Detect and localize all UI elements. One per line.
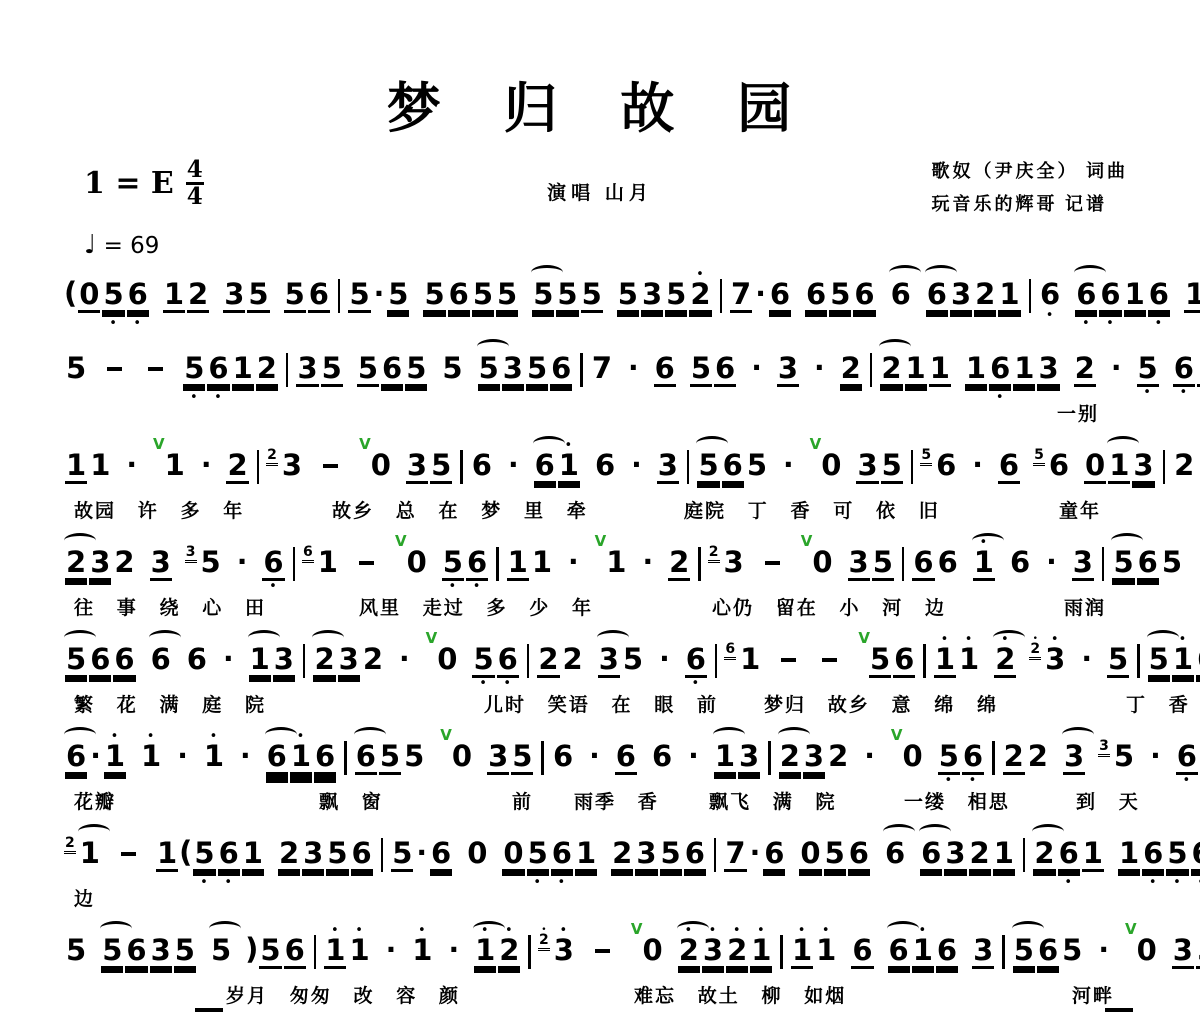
- note: 7: [729, 266, 753, 324]
- grace-note: 6: [724, 636, 736, 660]
- note: 6: [768, 266, 792, 329]
- lyric-segment: 丁 香: [1126, 690, 1190, 717]
- note: 5: [880, 437, 904, 495]
- barline: [1102, 547, 1105, 581]
- note: 1: [231, 340, 255, 403]
- slur-arc: [696, 436, 728, 451]
- slur-arc: [100, 921, 132, 936]
- note: 6: [549, 340, 573, 403]
- lyric-segment: 飘 窗: [319, 787, 383, 814]
- transcriber-credit: 玩音乐的辉哥 记谱: [932, 188, 1129, 221]
- augmentation-dot: ·: [659, 631, 670, 674]
- note: 5: [347, 266, 371, 324]
- note: 6: [936, 534, 960, 589]
- note: 2: [826, 728, 850, 783]
- tempo-marking: ♩ = 69: [84, 230, 159, 260]
- note: 6: [892, 631, 916, 689]
- note: 5: [283, 266, 307, 324]
- note: 1: [241, 825, 265, 888]
- note: 3: [301, 825, 325, 888]
- barline: [911, 450, 914, 484]
- note: 5: [1160, 534, 1184, 589]
- grace-note: 3: [185, 539, 197, 563]
- note: 6: [762, 825, 786, 888]
- dash-note: [359, 561, 374, 565]
- lyric-segment: 故园 许 多 年: [74, 496, 244, 523]
- barline: [314, 935, 317, 969]
- note: 0: [369, 437, 393, 492]
- slur-arc: [64, 533, 96, 548]
- barline: [541, 741, 544, 775]
- lyrics-row: 往 事 绕 心 田风里 走过 多 少 年心仍 留在 小 河 边雨润: [64, 593, 1186, 617]
- note: 6: [1047, 437, 1071, 492]
- note: 1: [162, 266, 186, 324]
- note: 0: [450, 728, 474, 783]
- slur-arc: [713, 727, 745, 742]
- barline: [715, 644, 718, 678]
- note: •1: [933, 631, 957, 689]
- dash-note: [148, 367, 163, 371]
- note: 6•: [961, 728, 985, 786]
- note: 2: [667, 534, 691, 592]
- note: 6: [997, 437, 1021, 495]
- note: 6: [112, 631, 136, 694]
- lyrics-row: 故园 许 多 年故乡 总 在 梦 里 牵庭院 丁 香 可 依 旧童年: [64, 496, 1186, 520]
- note: 0: [641, 922, 665, 977]
- slur-arc: [477, 339, 509, 354]
- tempo-value: = 69: [96, 233, 159, 259]
- note: 5: [828, 266, 852, 329]
- note: 5: [823, 825, 847, 888]
- note: 6•: [684, 631, 708, 689]
- notation-row: (05•6•1235565·55655555535•27·6656663216•…: [64, 266, 1186, 324]
- dash-note: [323, 464, 338, 468]
- lyric-segment: 庭院 丁 香 可 依 旧: [684, 496, 940, 523]
- barline: [902, 547, 905, 581]
- slur-arc: [1107, 436, 1139, 451]
- barline: [381, 838, 384, 872]
- grace-note: 6: [302, 539, 314, 563]
- augmentation-dot: ·: [386, 922, 397, 965]
- note: 3: [1171, 922, 1195, 980]
- note: 1: [992, 825, 1016, 888]
- lyric-segment: 到 天: [1076, 787, 1140, 814]
- slur-arc: [778, 727, 810, 742]
- note: 6: [847, 825, 871, 888]
- note: 3: [634, 825, 658, 888]
- note: 1: [964, 340, 988, 403]
- note: 0: [819, 437, 843, 492]
- note: 5: [402, 728, 426, 783]
- slur-arc: [597, 630, 629, 645]
- lyrics-row: [64, 325, 1186, 349]
- notation-row: 232335·6•61V05•6•11·V1·223V03566•16·3565…: [64, 534, 1186, 592]
- grace-note: 2: [266, 442, 278, 466]
- note: •1: [347, 922, 371, 977]
- note: 5: [659, 825, 683, 888]
- dash-note: [595, 949, 610, 953]
- slur-arc: [533, 436, 565, 451]
- note: 3: [855, 437, 879, 495]
- grace-note: 3: [1098, 733, 1110, 757]
- note: 1: [574, 825, 598, 888]
- augmentation-dot: ·: [972, 437, 983, 480]
- lyrics-row: 一别: [64, 399, 1186, 423]
- augmentation-dot: ·: [1098, 922, 1109, 965]
- note: 3: [149, 922, 173, 985]
- note: 2: [1196, 340, 1200, 398]
- augmentation-dot: ·: [374, 266, 385, 309]
- sheet-music-page: 梦 归 故 园 1 = E 4 4 演唱 山月 歌奴（尹庆全） 词曲 玩音乐的辉…: [0, 0, 1200, 1019]
- note: 0: [901, 728, 925, 783]
- augmentation-dot: ·: [201, 437, 212, 480]
- augmentation-dot: ·: [1150, 728, 1161, 771]
- barline: [992, 741, 995, 775]
- slur-arc: [883, 824, 915, 839]
- note: 6: [804, 266, 828, 329]
- barline: [527, 644, 530, 678]
- note: 6: [911, 534, 935, 592]
- grace-note: 2: [708, 539, 720, 563]
- lyrics-row: 繁 花 满 庭 院儿时 笑语 在 眼 前梦归 故乡 意 绵 绵丁 香: [64, 690, 1186, 714]
- note: 6: [683, 825, 707, 888]
- slur-arc: [993, 630, 1025, 645]
- note: 6•: [1147, 266, 1171, 329]
- note: 6: [313, 728, 337, 795]
- note: 1: [1123, 266, 1147, 329]
- song-title: 梦 归 故 园: [0, 66, 1200, 143]
- lyric-segment: 梦归 故乡 意 绵 绵: [764, 690, 998, 717]
- note: 3: [847, 534, 871, 592]
- note: 6: [551, 728, 575, 783]
- barline: [460, 450, 463, 484]
- slur-arc: [64, 630, 96, 645]
- note: 5•: [182, 340, 206, 403]
- lyric-segment: 雨季 香: [574, 787, 659, 814]
- note: 6: [934, 437, 958, 492]
- note: 5•: [471, 631, 495, 689]
- note: 5: [1060, 922, 1084, 977]
- slur-arc: [1147, 630, 1179, 645]
- slur-arc: [919, 824, 951, 839]
- slur-arc: [531, 265, 563, 280]
- barline: [870, 353, 873, 387]
- note: 5: [580, 266, 604, 324]
- note: 6: [307, 266, 331, 324]
- barline: [580, 353, 583, 387]
- note: 2: [186, 266, 210, 324]
- note: 2: [112, 534, 136, 589]
- note: 5: [868, 631, 892, 689]
- augmentation-dot: ·: [631, 437, 642, 480]
- augmentation-dot: ·: [750, 825, 761, 868]
- lyric-segment: 心仍 留在 小 河 边: [712, 593, 946, 620]
- note: 5: [258, 922, 282, 980]
- augmentation-dot: ·: [688, 728, 699, 771]
- note: 5•: [101, 266, 125, 329]
- note: 6•: [126, 266, 150, 329]
- slur-arc: [248, 630, 280, 645]
- system-5: 56666·13232·V05•6•2235·6•61V56•1•1•2•2•3…: [64, 631, 1186, 728]
- slur-arc: [887, 921, 919, 936]
- slur-arc: [677, 921, 709, 936]
- note: 5: [510, 728, 534, 786]
- note: 2: [968, 825, 992, 888]
- note: 6: [283, 922, 307, 980]
- parenthesis: (: [64, 266, 77, 309]
- note: 1: [1012, 340, 1036, 403]
- lyrics-row: 花瓣飘 窗前雨季 香飘飞 满 院一缕 相思到 天: [64, 787, 1186, 811]
- note: 0: [501, 825, 525, 888]
- slur-arc: [1032, 824, 1064, 839]
- notation-row: 11·V1·223V0356·6•16·3565·V03556·6560132V…: [64, 437, 1186, 495]
- system-4: 232335·6•61V05•6•11·V1·223V03566•16·3565…: [64, 534, 1186, 631]
- note: •1: [957, 631, 981, 686]
- note: 5: [1112, 728, 1136, 783]
- note: 2: [277, 825, 301, 888]
- note: 1: [738, 631, 762, 686]
- slur-arc: [265, 727, 297, 742]
- lyrics-row: 岁月 匆匆 改 容 颜难忘 故土 柳 如烟河畔: [64, 981, 1186, 1005]
- lyric-segment: 一缕 相思: [904, 787, 1010, 814]
- slur-arc: [879, 339, 911, 354]
- note: 2: [561, 631, 585, 686]
- system-7: 211(5•6•123565·6005•6•123567·60566632126…: [64, 825, 1186, 922]
- note: 0: [798, 825, 822, 888]
- note: 1: [506, 534, 530, 592]
- note: 0: [1083, 437, 1107, 495]
- slur-arc: [972, 533, 1004, 548]
- dash-note: [765, 561, 780, 565]
- note: 2: [225, 437, 249, 495]
- grace-note: •2: [1029, 636, 1041, 660]
- augmentation-dot: ·: [416, 825, 427, 868]
- note: 5•: [526, 825, 550, 888]
- note: •1: [323, 922, 347, 980]
- slur-arc: [354, 727, 386, 742]
- note: 2: [839, 340, 863, 403]
- augmentation-dot: ·: [508, 437, 519, 480]
- augmentation-dot: ·: [589, 728, 600, 771]
- note: 6•: [1190, 825, 1200, 888]
- lyric-segment: 难忘 故土 柳 如烟: [634, 981, 846, 1008]
- lyric-segment: 往 事 绕 心 田: [74, 593, 266, 620]
- note: 6: [447, 266, 471, 329]
- note: 6: [593, 437, 617, 492]
- note: 0: [77, 266, 101, 324]
- barline: [714, 838, 717, 872]
- augmentation-dot: ·: [568, 534, 579, 577]
- note: 6: [1008, 534, 1032, 589]
- slur-arc: [889, 265, 921, 280]
- note: 2: [1026, 728, 1050, 783]
- note: 5•: [937, 728, 961, 786]
- slur-arc: [473, 921, 505, 936]
- note: 2: [1172, 437, 1196, 492]
- note: 2: [361, 631, 385, 686]
- lyric-segment: 故乡 总 在 梦 里 牵: [332, 496, 588, 523]
- notation-row: 211(5•6•123565·6005•6•123567·60566632126…: [64, 825, 1186, 883]
- note: 6•: [1175, 728, 1199, 786]
- note: 5: [64, 922, 88, 977]
- note: •3: [1043, 631, 1067, 686]
- barline: [344, 741, 347, 775]
- system-8: 556355)56•1•1·•1·•1•2•2•3V0•2•3•2•1•1•16…: [64, 922, 1186, 1019]
- lyric-segment: 边: [74, 884, 95, 911]
- composer-credit: 歌奴（尹庆全） 词曲: [932, 155, 1129, 188]
- note: 6•: [217, 825, 241, 888]
- note: 5: [745, 437, 769, 492]
- note: 5: [1106, 631, 1130, 689]
- augmentation-dot: ·: [223, 631, 234, 674]
- parenthesis: ): [245, 922, 258, 965]
- note: 5•: [192, 825, 216, 888]
- note: 6•: [1141, 825, 1165, 888]
- note: •1: [103, 728, 127, 791]
- note: 5: [386, 266, 410, 329]
- note: 2: [536, 631, 560, 689]
- note: 6: [650, 728, 674, 783]
- barline: [687, 450, 690, 484]
- note: 3: [405, 437, 429, 495]
- augmentation-dot: ·: [399, 631, 410, 674]
- lyric-segment: 风里 走过 多 少 年: [359, 593, 593, 620]
- grace-note: •2: [538, 927, 550, 951]
- note: 5: [471, 266, 495, 329]
- barline: [338, 279, 341, 313]
- augmentation-dot: ·: [783, 437, 794, 480]
- notation-row: 556355)56•1•1·•1·•1•2•2•3V0•2•3•2•1•1•16…: [64, 922, 1186, 980]
- note: •2: [725, 922, 749, 985]
- note: 5: [871, 534, 895, 592]
- note: 6: [935, 922, 959, 985]
- note: 5: [429, 437, 453, 495]
- dash-note: [781, 658, 796, 662]
- note: 5: [664, 266, 688, 329]
- note: 2: [610, 825, 634, 888]
- note: 5•: [1165, 825, 1189, 888]
- parenthesis: (: [179, 825, 192, 868]
- note: 3: [640, 266, 664, 329]
- note: 6: [380, 340, 404, 403]
- grace-note: 5: [920, 442, 932, 466]
- barline: [720, 279, 723, 313]
- note: 6: [1195, 631, 1200, 694]
- cropped-next-line-fragment: [195, 1008, 223, 1012]
- score: (05•6•1235565·55655555535•27·6656663216•…: [64, 266, 1186, 1019]
- slur-arc: [1111, 533, 1143, 548]
- augmentation-dot: ·: [177, 728, 188, 771]
- note: 6•: [1038, 266, 1062, 321]
- slur-arc: [1074, 265, 1106, 280]
- note: 0: [435, 631, 459, 686]
- barline: [1163, 450, 1166, 484]
- note: 5: [616, 266, 640, 329]
- note: 3: [149, 534, 173, 592]
- note: 0: [810, 534, 834, 589]
- lyric-segment: 繁 花 满 庭 院: [74, 690, 266, 717]
- note: 3: [656, 437, 680, 495]
- note: 5: [495, 266, 519, 329]
- note: 1: [163, 437, 187, 492]
- note: •1: [410, 922, 434, 977]
- note: 1: [1117, 825, 1141, 888]
- barline: [780, 935, 783, 969]
- note: 2: [255, 340, 279, 403]
- lyric-segment: 童年: [1059, 496, 1101, 523]
- augmentation-dot: ·: [126, 437, 137, 480]
- note: 1: [997, 266, 1021, 329]
- credits-block: 歌奴（尹庆全） 词曲 玩音乐的辉哥 记谱: [932, 155, 1129, 222]
- note: •1: [202, 728, 226, 783]
- lyric-segment: 前: [512, 787, 533, 814]
- augmentation-dot: ·: [1046, 534, 1057, 577]
- note: 1: [1081, 825, 1105, 883]
- system-6: 6·•1•1·•1·6•16655V0356·66·13232·V05•6•22…: [64, 728, 1186, 825]
- barline: [528, 935, 531, 969]
- system-2: 55•6•1235565553567·656·3·221116•132·5•6•…: [64, 340, 1186, 437]
- note: 3: [222, 266, 246, 324]
- barline: [303, 644, 306, 678]
- grace-note: 2: [64, 830, 76, 854]
- barline: [1137, 644, 1140, 678]
- note: 1: [1183, 266, 1200, 324]
- lyrics-row: 边: [64, 884, 1186, 908]
- note: 6: [350, 825, 374, 888]
- lyric-segment: 儿时 笑语 在 眼 前: [484, 690, 718, 717]
- system-3: 11·V1·223V0356·6•16·3565·V03556·6560132V…: [64, 437, 1186, 534]
- barline: [1029, 279, 1032, 313]
- note: 7: [723, 825, 747, 883]
- grace-note: 5: [1033, 442, 1045, 466]
- note: 1: [316, 534, 340, 589]
- augmentation-dot: ·: [755, 266, 766, 309]
- note: 3: [280, 437, 304, 492]
- note: 6: [850, 922, 874, 980]
- slur-arc: [312, 630, 344, 645]
- barline: [768, 741, 771, 775]
- note: 5: [404, 340, 428, 403]
- barline: [1002, 935, 1005, 969]
- note: •1: [790, 922, 814, 980]
- notation-row: 6·•1•1·•1·6•16655V0356·66·13232·V05•6•22…: [64, 728, 1186, 786]
- note: 0: [465, 825, 489, 880]
- notation-row: 56666·13232·V05•6•2235·6•61V56•1•1•2•2•3…: [64, 631, 1186, 689]
- note: •1: [749, 922, 773, 985]
- lyric-segment: 河畔: [1072, 981, 1114, 1008]
- note: 0: [405, 534, 429, 589]
- note: 1: [155, 825, 179, 883]
- note: 3: [1071, 534, 1095, 592]
- slur-arc: [209, 921, 241, 936]
- slur-arc: [1062, 727, 1094, 742]
- augmentation-dot: ·: [237, 534, 248, 577]
- barline: [1023, 838, 1026, 872]
- note: 3: [486, 728, 510, 786]
- dash-note: [121, 852, 136, 856]
- slur-arc: [64, 727, 96, 742]
- dash-note: [822, 658, 837, 662]
- note: 5: [173, 922, 197, 985]
- note: 5: [199, 534, 223, 589]
- lyric-segment: 飘飞 满 院: [709, 787, 837, 814]
- note: 6: [185, 631, 209, 686]
- note: 1: [530, 534, 554, 589]
- system-1: (05•6•1235565·55655555535•27·6656663216•…: [64, 266, 1186, 340]
- note: 5•: [441, 534, 465, 592]
- note: 1: [64, 437, 88, 495]
- note: 5: [246, 266, 270, 324]
